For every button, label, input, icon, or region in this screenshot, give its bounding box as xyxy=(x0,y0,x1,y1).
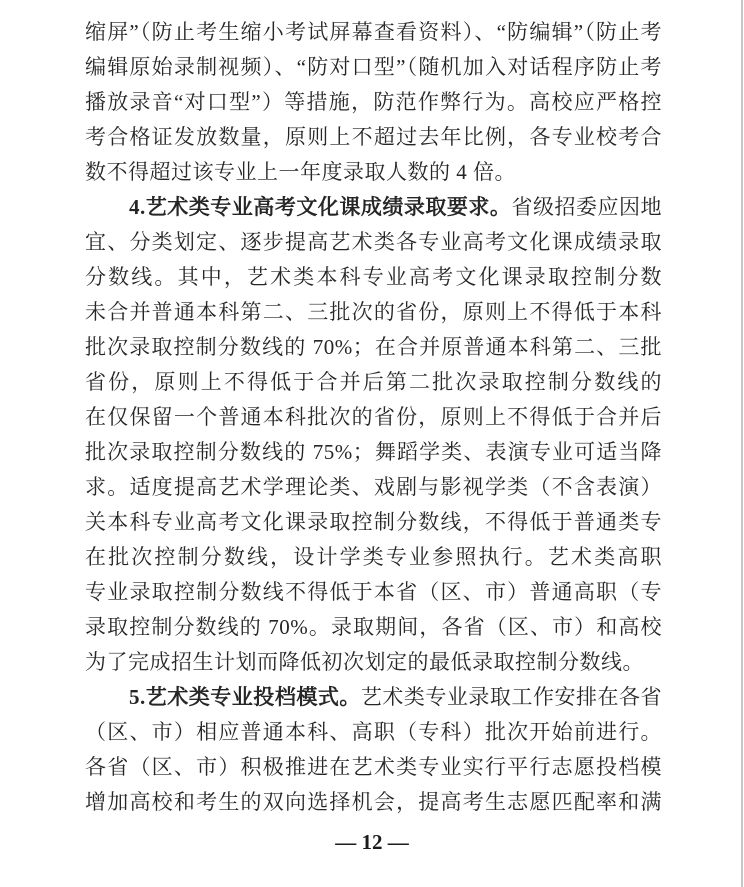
text-line: 录取控制分数线的 70%。录取期间，各省（区、市）和高校不得 xyxy=(85,610,662,645)
page-number: — 12 — xyxy=(0,830,744,855)
text-line: 在批次控制分数线，设计学类专业参照执行。艺术类高职（专科） xyxy=(85,540,662,575)
text-line: 为了完成招生计划而降低初次划定的最低录取控制分数线。 xyxy=(85,645,662,680)
text-line: 各省（区、市）积极推进在艺术类专业实行平行志愿投档模式， xyxy=(85,750,662,785)
section-heading: 4.艺术类专业高考文化课成绩录取要求。 xyxy=(129,195,511,219)
text-line: 缩屏”（防止考生缩小考试屏幕查看资料）、“防编辑”（防止考生 xyxy=(85,15,662,50)
text-line: 数不得超过该专业上一年度录取人数的 4 倍。 xyxy=(85,155,662,190)
text-line: 分数线。其中，艺术类本科专业高考文化课录取控制分数线，在 xyxy=(85,260,662,295)
text-line: 批次录取控制分数线的 75%；舞蹈学类、表演专业可适当降低要 xyxy=(85,435,662,470)
text-line: 编辑原始录制视频）、“防对口型”（随机加入对话程序防止考生 xyxy=(85,50,662,85)
text-line: 关本科专业高考文化课录取控制分数线，不得低于普通类专业所 xyxy=(85,505,662,540)
text-line: 求。适度提高艺术学理论类、戏剧与影视学类（不含表演）等有 xyxy=(85,470,662,505)
text-line: 未合并普通本科第二、三批次的省份，原则上不得低于本科第二 xyxy=(85,295,662,330)
text-line: 批次录取控制分数线的 70%；在合并原普通本科第二、三批次的 xyxy=(85,330,662,365)
text-line: 播放录音“对口型”）等措施，防范作弊行为。高校应严格控制校 xyxy=(85,85,662,120)
section-heading: 5.艺术类专业投档模式。 xyxy=(129,685,361,709)
text-line: 增加高校和考生的双向选择机会，提高考生志愿匹配率和满意 xyxy=(85,785,662,820)
page-edge-divider xyxy=(741,0,743,887)
text-line: 5.艺术类专业投档模式。艺术类专业录取工作安排在各省 xyxy=(85,680,662,715)
document-page-body: 缩屏”（防止考生缩小考试屏幕查看资料）、“防编辑”（防止考生编辑原始录制视频）、… xyxy=(85,15,662,820)
text-line: 宜、分类划定、逐步提高艺术类各专业高考文化课成绩录取控制 xyxy=(85,225,662,260)
text-line: 专业录取控制分数线不得低于本省（区、市）普通高职（专科） xyxy=(85,575,662,610)
text-line: 考合格证发放数量，原则上不超过去年比例，各专业校考合格人 xyxy=(85,120,662,155)
text-line: 4.艺术类专业高考文化课成绩录取要求。省级招委应因地制 xyxy=(85,190,662,225)
text-line: （区、市）相应普通本科、高职（专科）批次开始前进行。鼓励 xyxy=(85,715,662,750)
text-line: 在仅保留一个普通本科批次的省份，原则上不得低于合并后本科 xyxy=(85,400,662,435)
text-line: 省份，原则上不得低于合并后第二批次录取控制分数线的 75%； xyxy=(85,365,662,400)
